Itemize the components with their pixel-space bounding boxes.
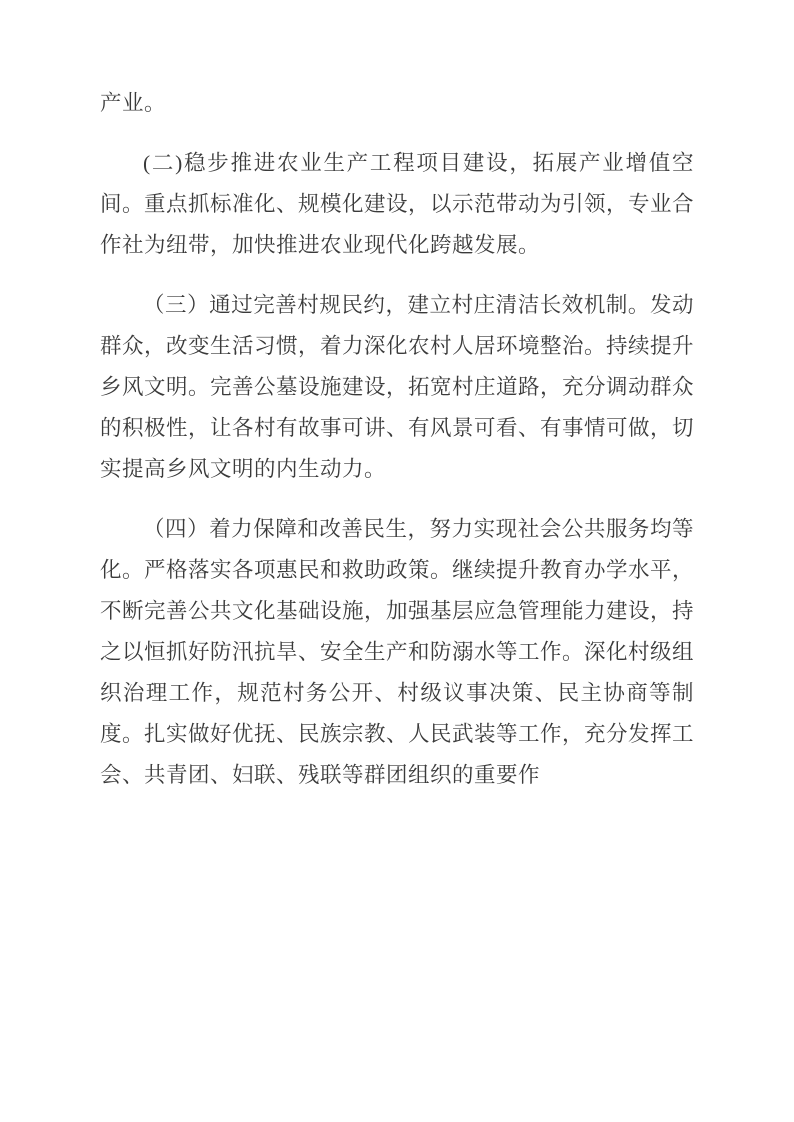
paragraph: 产业。 [100,83,694,124]
paragraph: （四）着力保障和改善民生，努力实现社会公共服务均等化。严格落实各项惠民和救助政策… [100,509,694,796]
document-body: 产业。 (二)稳步推进农业生产工程项目建设，拓展产业增值空间。重点抓标准化、规模… [100,83,694,815]
document-page: 产业。 (二)稳步推进农业生产工程项目建设，拓展产业增值空间。重点抓标准化、规模… [0,0,794,1122]
paragraph: (二)稳步推进农业生产工程项目建设，拓展产业增值空间。重点抓标准化、规模化建设，… [100,143,694,266]
paragraph: （三）通过完善村规民约，建立村庄清洁长效机制。发动群众，改变生活习惯，着力深化农… [100,285,694,490]
